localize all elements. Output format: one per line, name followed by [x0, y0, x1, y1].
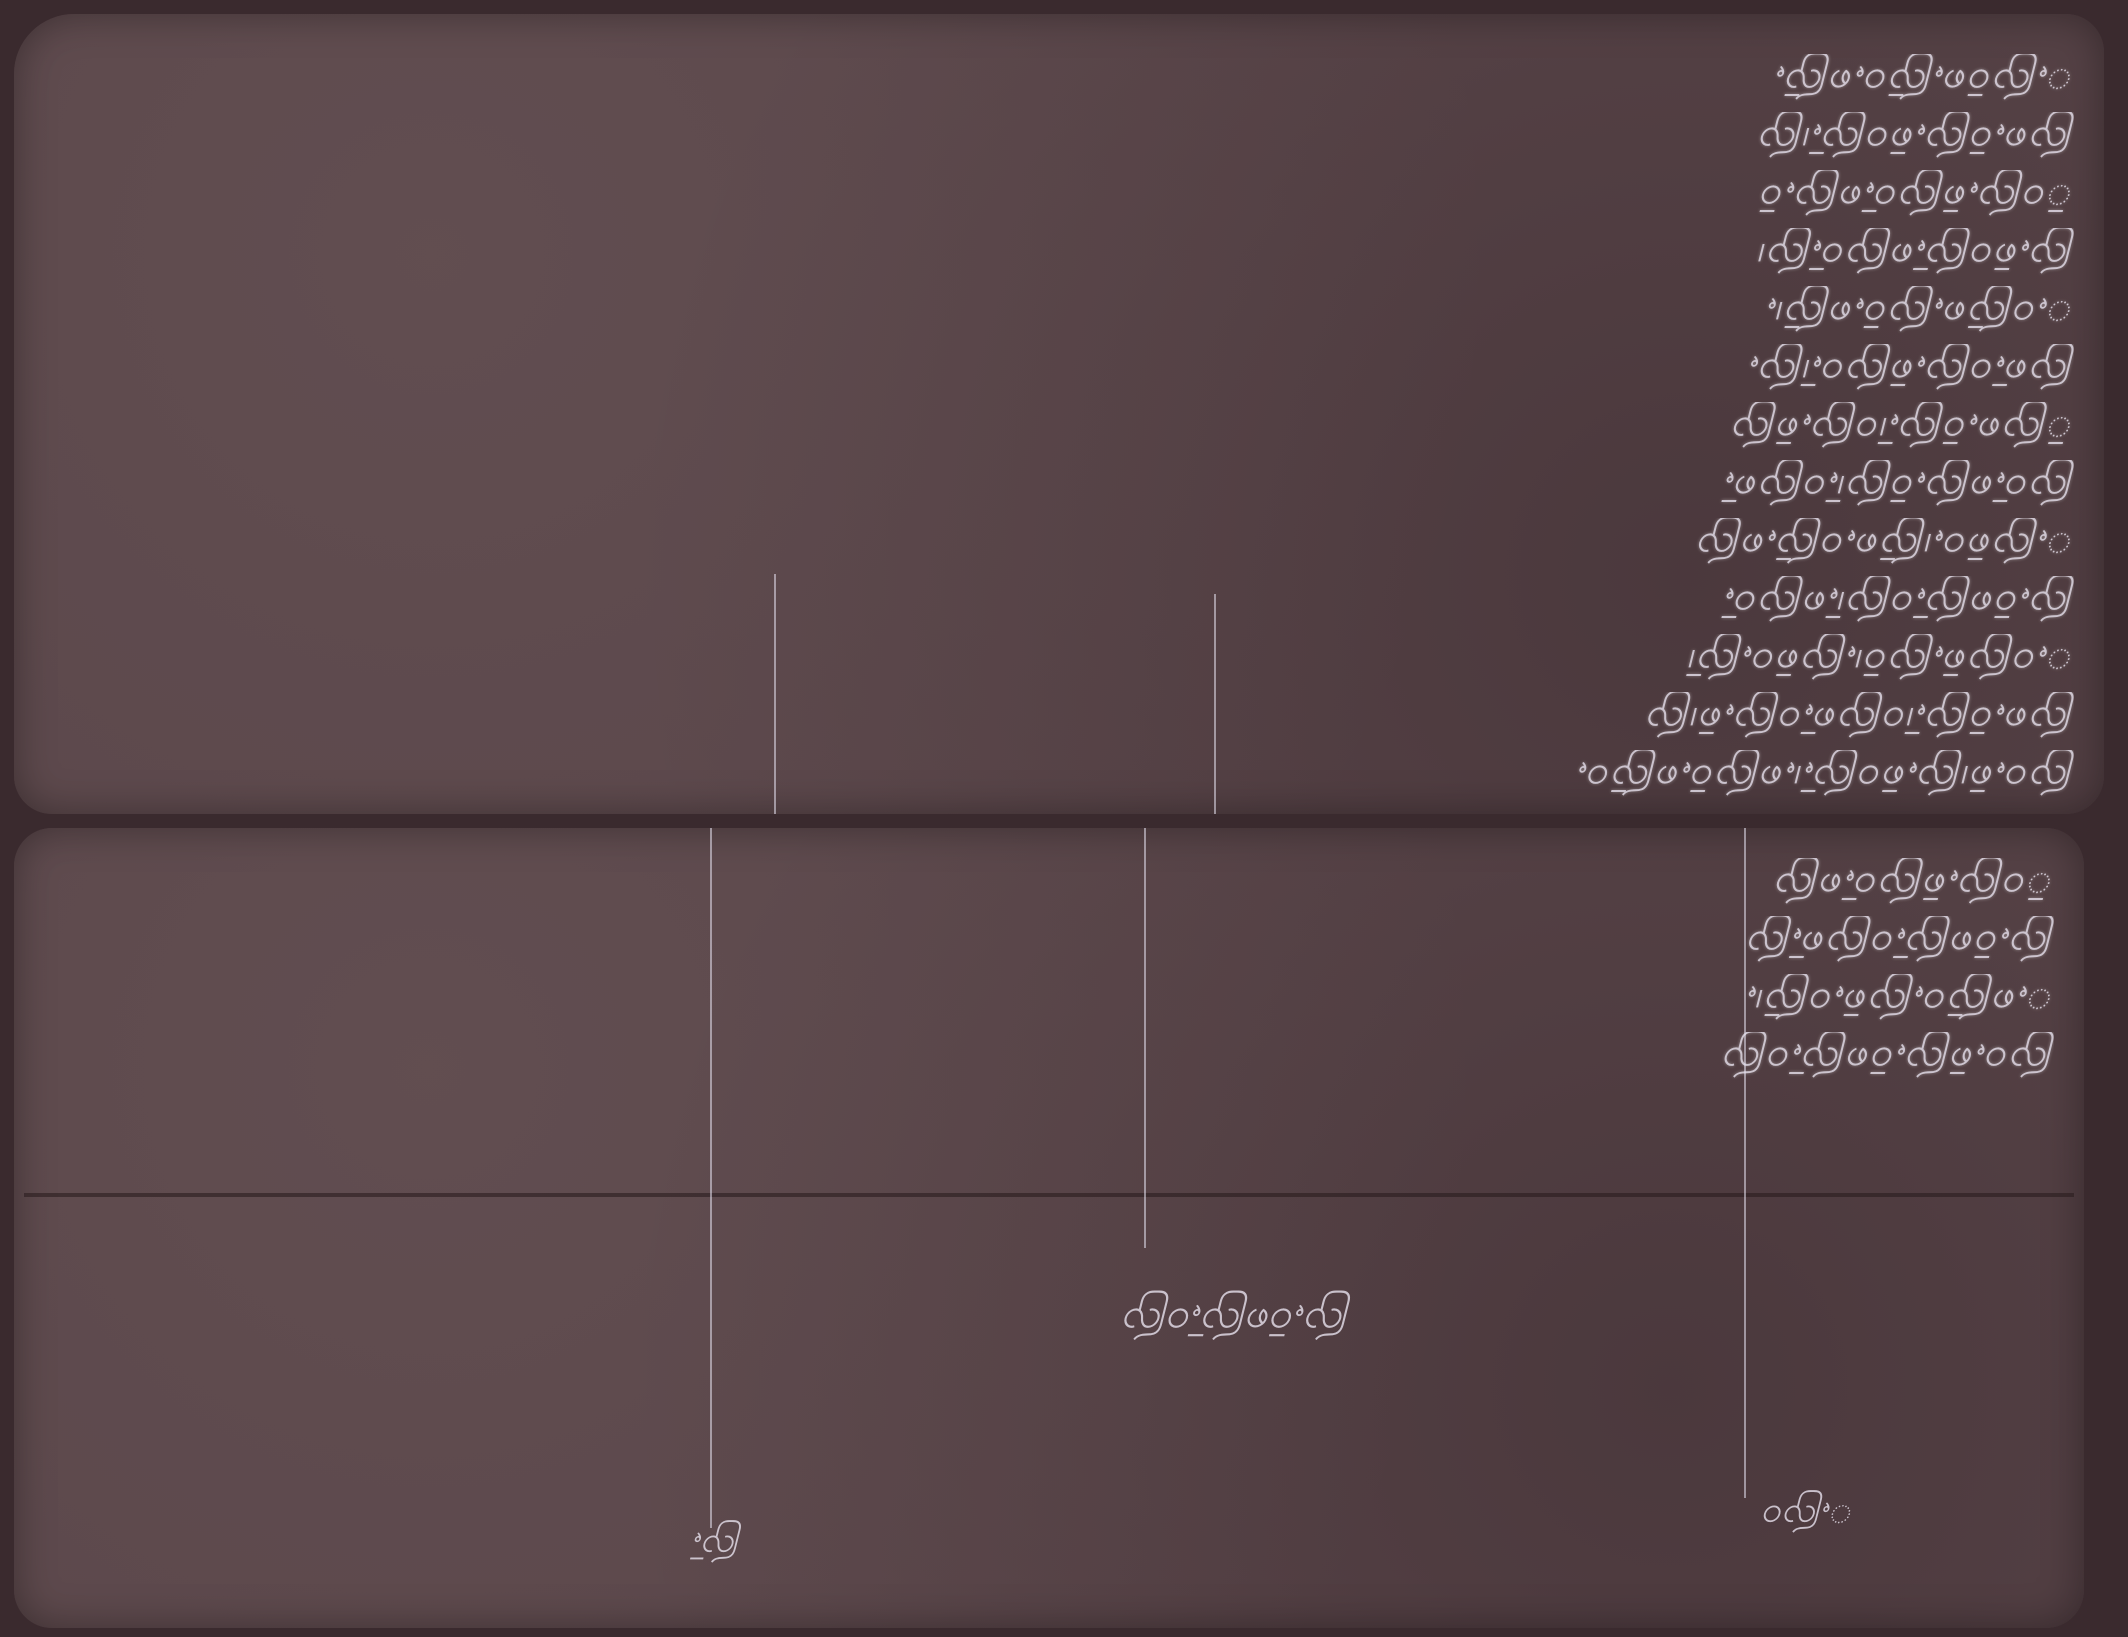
- guide-line: [774, 574, 776, 814]
- script-line: ꩺ၀ꩻ၈ꩼꩺꩻ၀ꩼ၈ꩺꩻꩼ၀ꩺ: [144, 1032, 2054, 1090]
- top-panel-text-block: ꩺ၀ꩻ၈ꩼ၊ꩺꩻ၈ꩼ၀ꩺꩻꩼ၊ꩻ၈ꩺ၀ꩼꩻ၈ꩺꩼ၀ꩻ ꩺ၈ꩻ၀ꩼꩺꩻ၊ꩼ၀ꩺ၈ꩻ…: [144, 54, 2074, 808]
- guide-line: [1214, 594, 1216, 814]
- script-line: ꩻ၀ꩺ၈ꩼꩻꩺ၀ꩼ၊ꩻꩺ၈ꩼ၀ꩻꩺ၊ꩼ: [144, 634, 2074, 692]
- script-line: ꩺ၀ꩻꩼ၈ꩺꩻ၀ꩼꩺ၊ꩻꩼ၀ꩺ၈ꩻꩼ: [144, 460, 2074, 518]
- fold-crease: [24, 1193, 2074, 1197]
- guide-line: [1144, 828, 1146, 1248]
- guide-line: [710, 828, 712, 1528]
- script-line: ꩺ၈ꩻ၀ꩼꩺꩻ၈ꩼ၀ꩺꩻꩼ၊ꩺ: [144, 112, 2074, 170]
- script-line: ꩺꩻ၈ꩼ၀ꩺꩻꩼ၈ꩺ၀ꩻꩼꩺ၊: [144, 228, 2074, 286]
- script-line: ꩺꩻ၀ꩼ၈ꩺꩻꩼ၀ꩺ၈ꩻꩼꩺ: [144, 916, 2054, 974]
- script-line: ꩼ၀ꩺꩻ၈ꩼꩺ၀ꩻꩼ၈ꩺꩻ၀ꩼ: [144, 170, 2074, 228]
- script-line: ꩺ၈ꩻ၀ꩼꩺꩻ၊ꩼ၀ꩺ၈ꩻꩼ၀ꩺꩻ၈ꩼ၊ꩺ: [144, 692, 2074, 750]
- marginal-note: ꩻꩺ၀: [1764, 1488, 1854, 1542]
- script-line: ꩺ၀ꩻ၈ꩼ၊ꩺꩻ၈ꩼ၀ꩺꩻꩼ၊ꩻ၈ꩺ၀ꩼꩻ၈ꩺꩼ၀ꩻ: [144, 750, 2074, 808]
- marginal-note: ꩺꩻꩼ: [694, 1518, 741, 1572]
- guide-line: [1744, 828, 1746, 1498]
- script-line: ꩺꩻ၀ꩼ၈ꩺꩻꩼ၀ꩺ၊ꩻꩼ၈ꩺ၀ꩻꩼ: [144, 576, 2074, 634]
- script-line: ꩼꩺ၈ꩻ၀ꩼꩺꩻ၊ꩼ၀ꩺꩻ၈ꩼꩺ: [144, 402, 2074, 460]
- script-line: ꩻꩺ၀ꩼ၈ꩻꩺꩼ၀ꩻ၈ꩺꩼꩻ: [144, 54, 2074, 112]
- manuscript-bottom-panel: ꩺ၀ꩻ၈ꩼꩺꩻ၀ꩼ၈ꩺꩻꩼ၀ꩺ ꩻ၈ꩺꩼ၀ꩻꩺ၈ꩼꩻ၀ꩺꩼ၊ꩻ ꩺꩻ၀ꩼ၈ꩺꩻꩼ…: [14, 828, 2084, 1628]
- signature-line: ꩺꩻ၀ꩼ၈ꩺꩻꩼ၀ꩺ: [1124, 1288, 1351, 1350]
- script-line: ꩺ၈ꩻꩼ၀ꩺꩻ၈ꩼꩺ၀ꩻ၊ꩼꩺꩻ: [144, 344, 2074, 402]
- script-line: ꩻ၈ꩺꩼ၀ꩻꩺ၈ꩼꩻ၀ꩺꩼ၊ꩻ: [144, 974, 2054, 1032]
- script-line: ꩻꩺ၈ꩼ၀ꩻ၊ꩺꩼ၈ꩻ၀ꩺꩼꩻ၈ꩺ: [144, 518, 2074, 576]
- script-line: ꩼ၀ꩺꩻ၈ꩼꩺ၀ꩻꩼ၈ꩺ: [144, 858, 2054, 916]
- bottom-panel-text-block: ꩺ၀ꩻ၈ꩼꩺꩻ၀ꩼ၈ꩺꩻꩼ၀ꩺ ꩻ၈ꩺꩼ၀ꩻꩺ၈ꩼꩻ၀ꩺꩼ၊ꩻ ꩺꩻ၀ꩼ၈ꩺꩻꩼ…: [144, 858, 2054, 1090]
- manuscript-top-panel: ꩺ၀ꩻ၈ꩼ၊ꩺꩻ၈ꩼ၀ꩺꩻꩼ၊ꩻ၈ꩺ၀ꩼꩻ၈ꩺꩼ၀ꩻ ꩺ၈ꩻ၀ꩼꩺꩻ၊ꩼ၀ꩺ၈ꩻ…: [14, 14, 2104, 814]
- script-line: ꩻ၀ꩺꩼ၈ꩻꩺ၀ꩼꩻ၈ꩺꩼ၊ꩻ: [144, 286, 2074, 344]
